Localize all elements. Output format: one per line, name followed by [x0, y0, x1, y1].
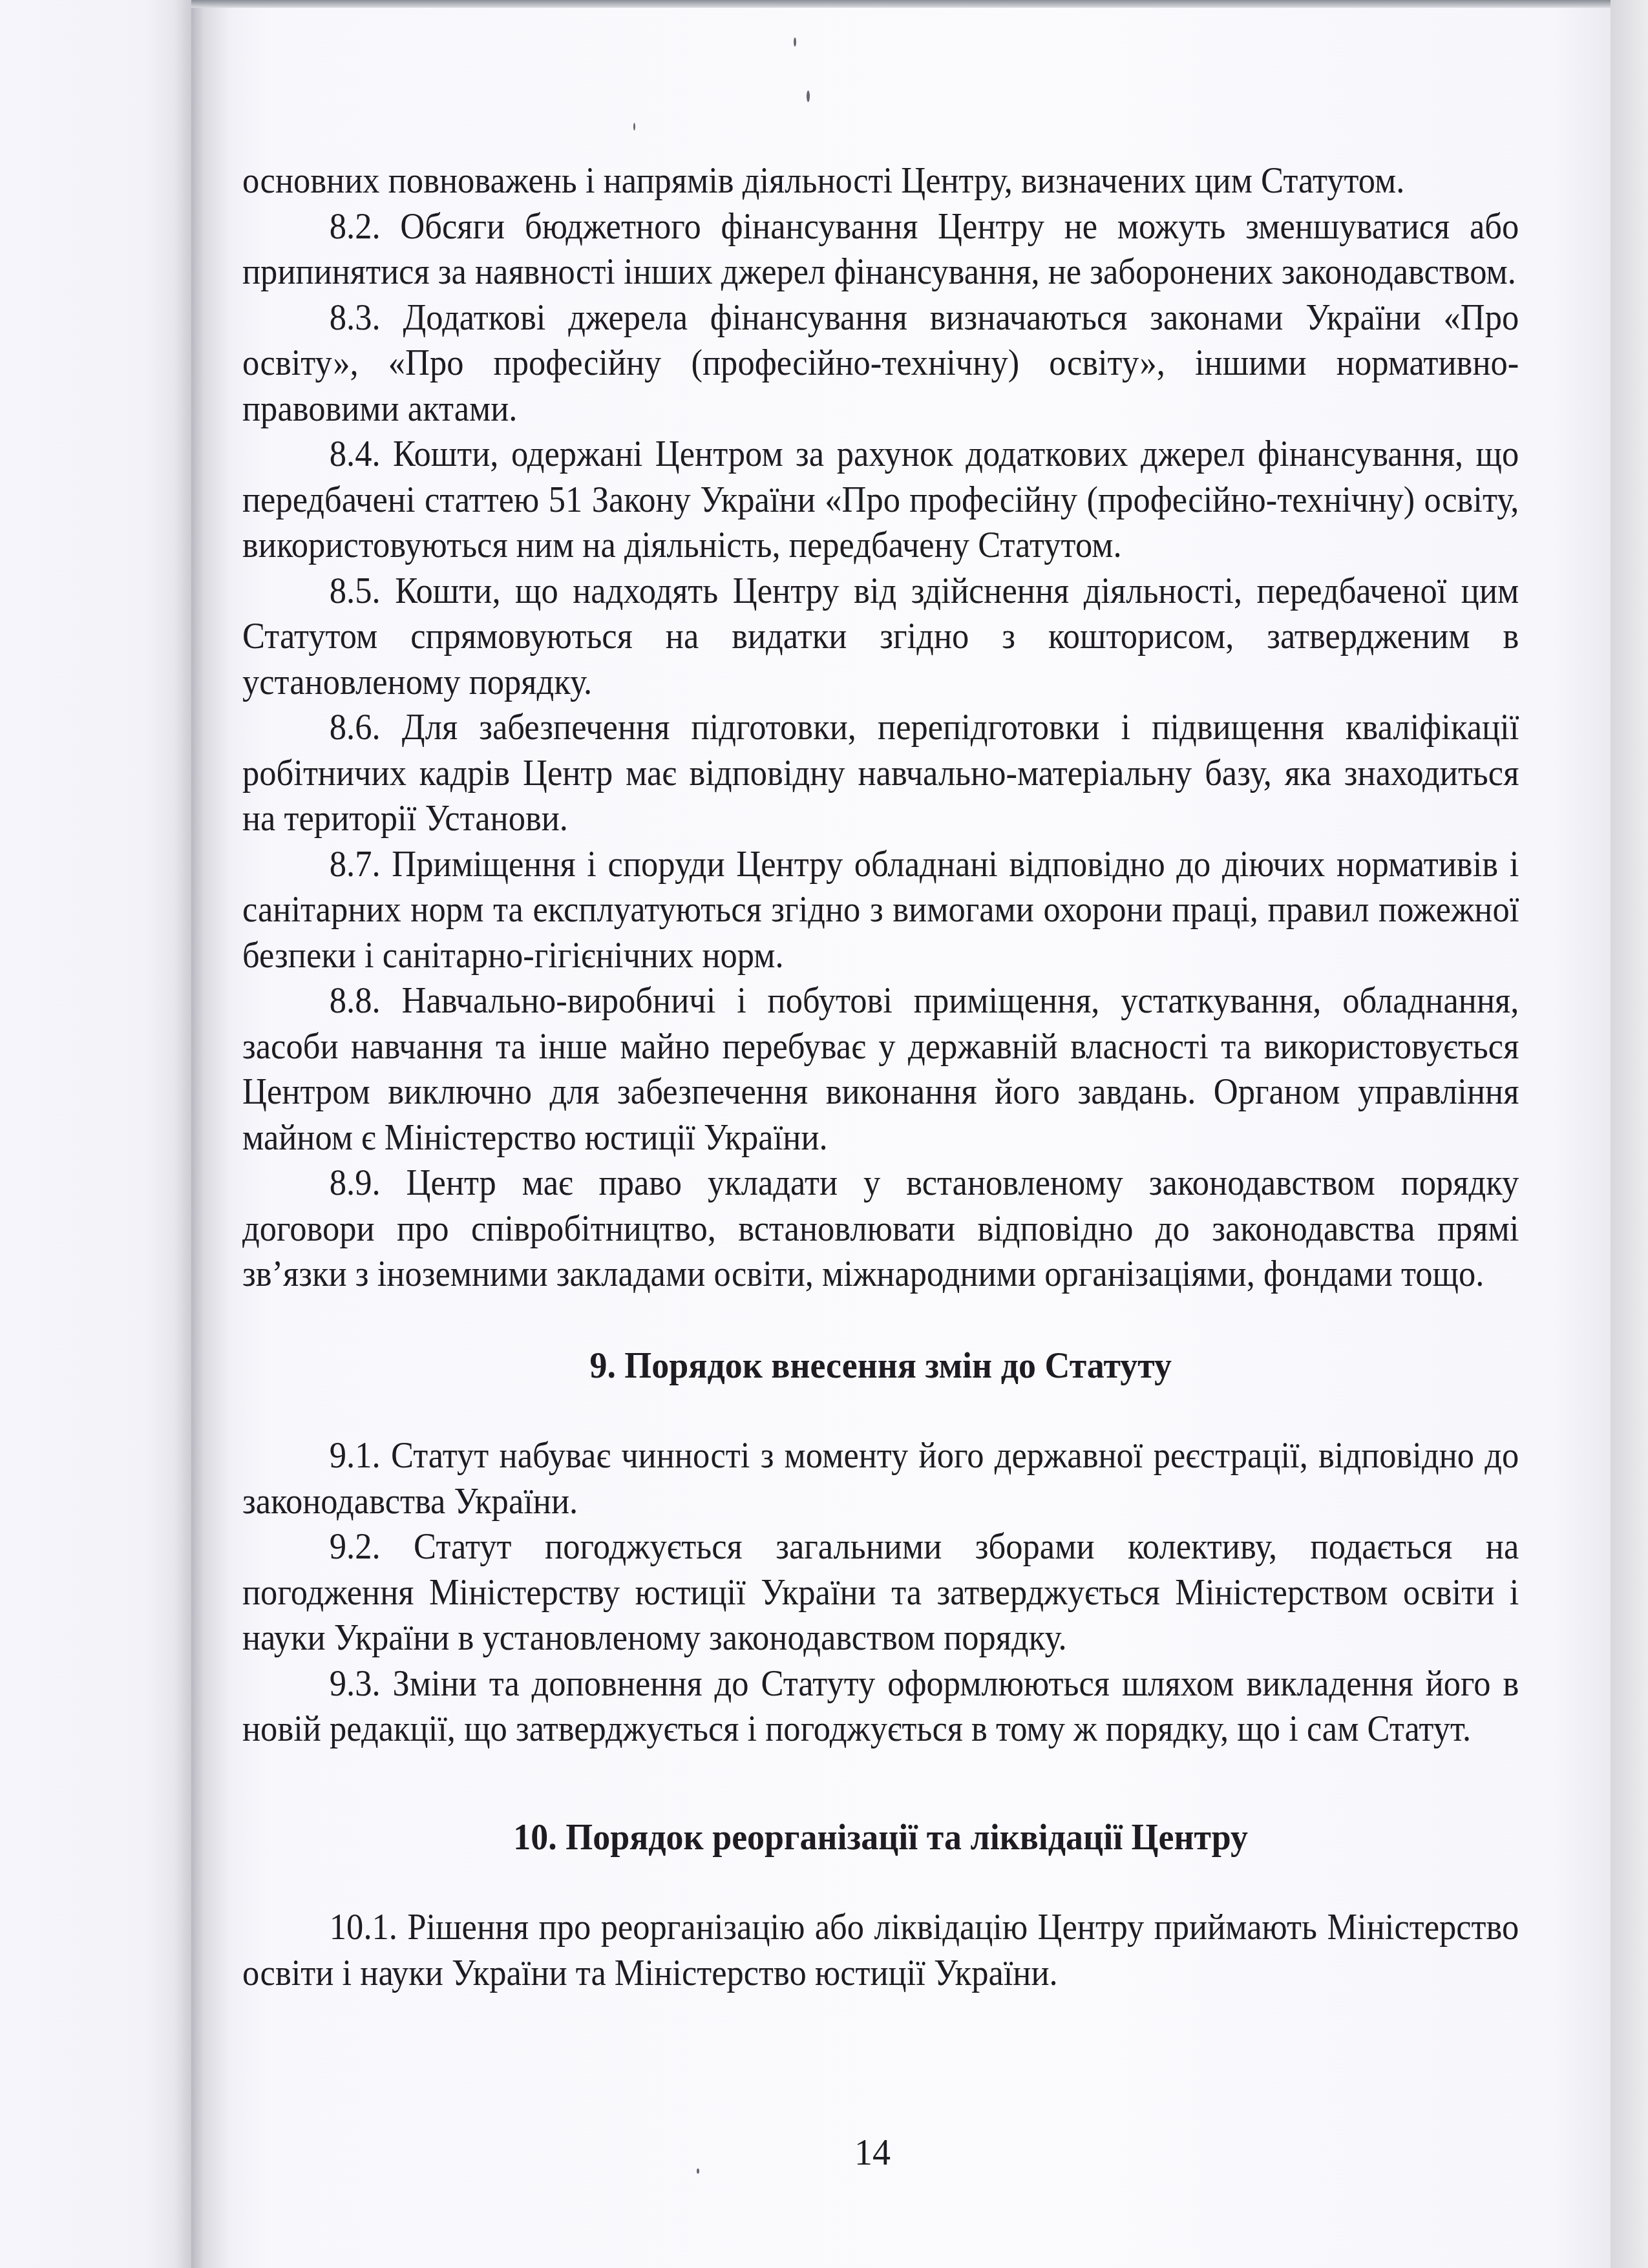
page-top-edge — [191, 0, 1611, 8]
clause-8-3: 8.3. Додаткові джерела фінансування визн… — [242, 295, 1519, 432]
clause-9-3: 9.3. Зміни та доповнення до Статуту офор… — [242, 1661, 1519, 1752]
adjacent-page-strip — [0, 0, 194, 2268]
page-body: основних повноважень і напрямів діяльнос… — [242, 158, 1430, 1996]
section-10-heading: 10. Порядок реорганізації та ліквідації … — [242, 1814, 1519, 1860]
scan-speck — [633, 123, 635, 131]
page-number: 14 — [847, 2132, 898, 2174]
clause-9-1: 9.1. Статут набуває чинності з моменту й… — [242, 1433, 1519, 1524]
clause-8-9: 8.9. Центр має право укладати у встановл… — [242, 1160, 1519, 1297]
paragraph-continuation: основних повноважень і напрямів діяльнос… — [242, 158, 1519, 204]
scan-speck — [807, 90, 810, 102]
clause-8-4: 8.4. Кошти, одержані Центром за рахунок … — [242, 432, 1519, 569]
clause-9-2: 9.2. Статут погоджується загальними збор… — [242, 1524, 1519, 1661]
clause-10-1: 10.1. Рішення про реорганізацію або лікв… — [242, 1905, 1519, 1996]
clause-8-2: 8.2. Обсяги бюджетного фінансування Цент… — [242, 204, 1519, 295]
scan-speck — [794, 37, 796, 47]
clause-8-6: 8.6. Для забезпечення підготовки, перепі… — [242, 705, 1519, 842]
scan-speck — [697, 2168, 699, 2174]
clause-8-8: 8.8. Навчально-виробничі і побутові прим… — [242, 978, 1519, 1160]
clause-8-5: 8.5. Кошти, що надходять Центру від здій… — [242, 569, 1519, 706]
scanner-right-margin — [1611, 0, 1648, 2268]
clause-8-7: 8.7. Приміщення і споруди Центру обладна… — [242, 842, 1519, 979]
section-9-heading: 9. Порядок внесення змін до Статуту — [242, 1343, 1519, 1389]
